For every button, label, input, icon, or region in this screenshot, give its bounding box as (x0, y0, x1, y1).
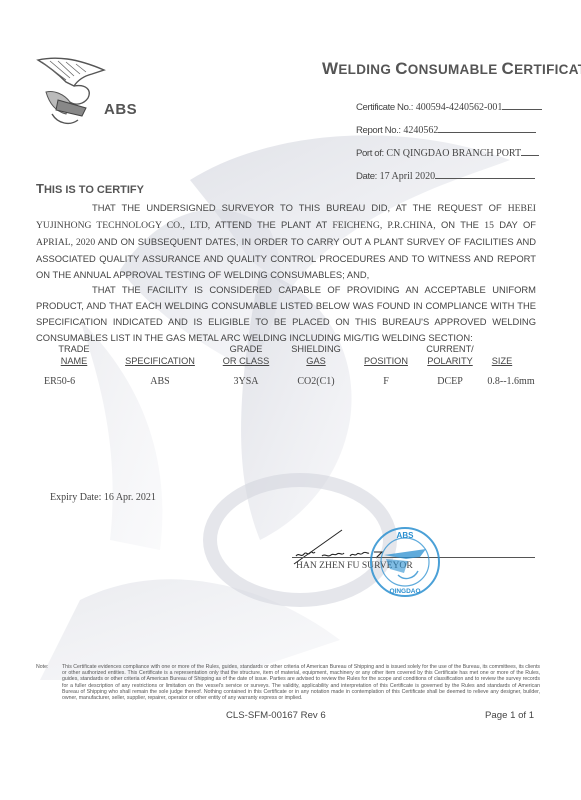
legal-note: This Certificate evidences compliance wi… (62, 664, 540, 701)
header-grade: GRADEOR CLASS (216, 343, 276, 367)
report-no-field: Report No.: 4240562 (356, 125, 536, 136)
page-number: Page 1 of 1 (485, 710, 534, 721)
expiry-date: Expiry Date: 16 Apr. 2021 (50, 492, 156, 503)
cell-trade-name: ER50-6 (44, 376, 94, 387)
cell-specification: ABS (120, 376, 200, 387)
header-current-polarity: CURRENT/POLARITY (420, 343, 480, 367)
cell-position: F (356, 376, 416, 387)
logo-text: ABS (104, 101, 137, 118)
header-shielding-gas: SHIELDINGGAS (284, 343, 348, 367)
date-field: Date: 17 April 2020 (356, 171, 535, 182)
header-trade-name: TRADENAME (44, 343, 104, 367)
svg-text:QINGDAO: QINGDAO (389, 588, 420, 595)
svg-text:ABS: ABS (397, 531, 415, 540)
note-label: Note: (36, 664, 48, 670)
certification-paragraph-2: THAT THE FACILITY IS CONSIDERED CAPABLE … (36, 282, 536, 346)
header-size: SIZE (484, 343, 520, 367)
header-position: POSITION (356, 343, 416, 367)
header-specification: SPECIFICATION (120, 343, 200, 367)
certificate-no-field: Certificate No.: 400594-4240562-001 (356, 102, 542, 113)
abs-eagle-logo-icon (36, 56, 106, 128)
cell-grade: 3YSA (216, 376, 276, 387)
document-title: WELDING CONSUMABLE CERTIFICATE (322, 59, 581, 79)
cell-size: 0.8--1.6mm (476, 376, 546, 387)
cell-gas: CO2(C1) (284, 376, 348, 387)
certification-paragraph-1: THAT THE UNDERSIGNED SURVEYOR TO THIS BU… (36, 200, 536, 283)
form-code: CLS-SFM-00167 Rev 6 (226, 710, 326, 721)
cell-polarity: DCEP (420, 376, 480, 387)
abs-qingdao-stamp-icon: ABS QINGDAO (368, 525, 442, 599)
certify-heading: THIS IS TO CERTIFY (36, 181, 144, 196)
port-field: Port of: CN QINGDAO BRANCH PORT (356, 148, 539, 159)
